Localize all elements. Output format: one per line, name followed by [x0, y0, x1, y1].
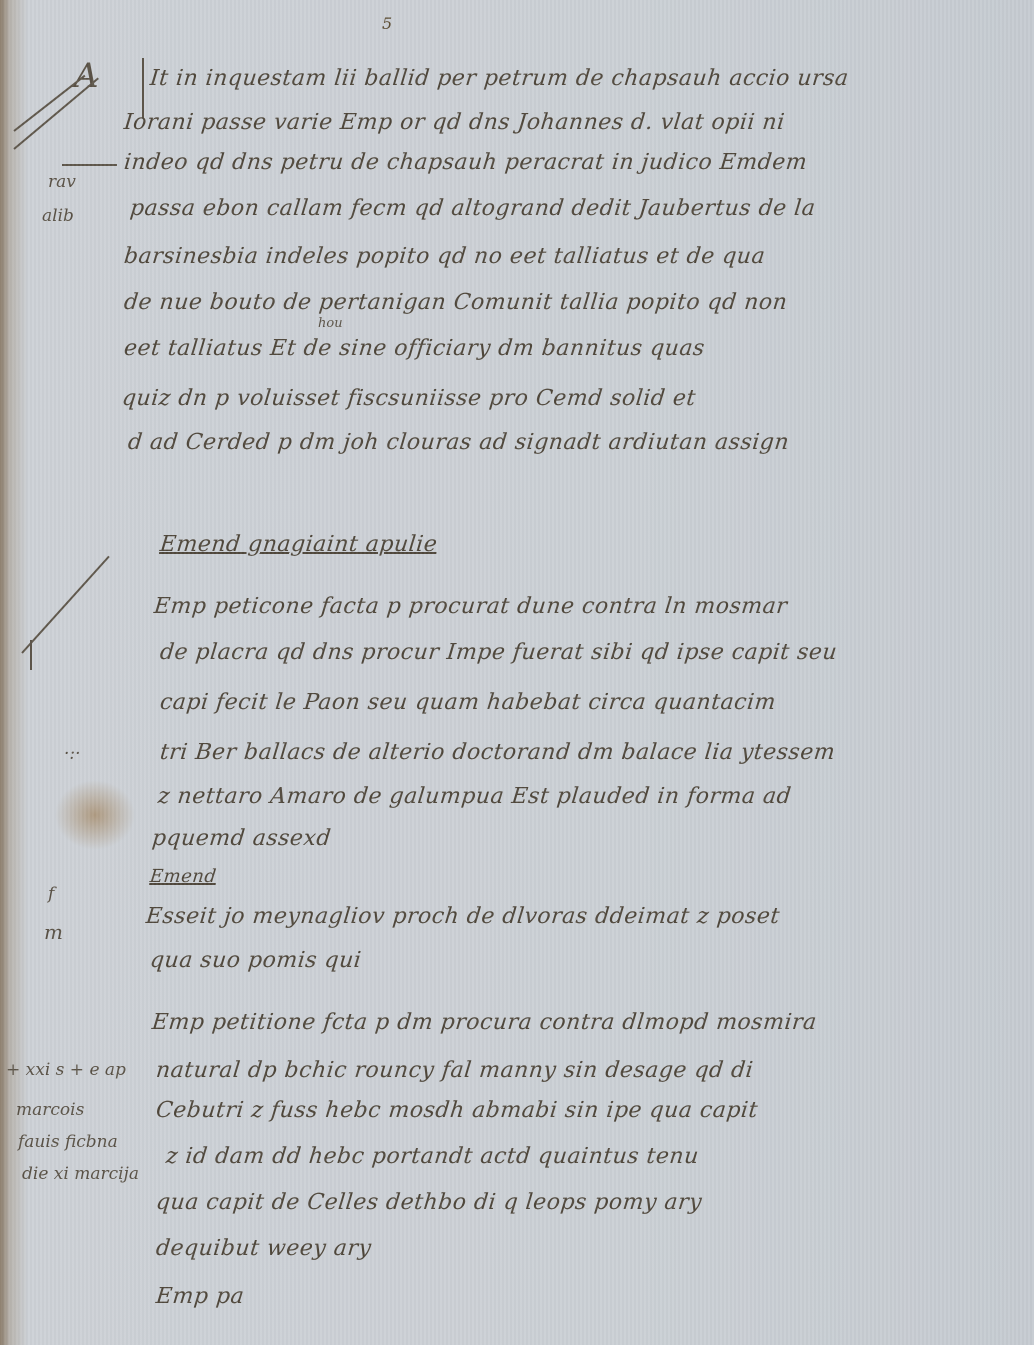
margin-note: ·:· [64, 744, 81, 764]
text-line: d ad Cerded p dm joh clouras ad signadt … [127, 430, 791, 455]
text-line: eet talliatus Et de sine officiary dm ba… [123, 336, 706, 361]
text-line: pquemd assexd [151, 826, 333, 851]
paragraph-bracket [142, 58, 144, 118]
text-line: z id dam dd hebc portandt actd quaintus … [165, 1144, 700, 1169]
margin-note: f [48, 884, 54, 904]
text-line: Esseit jo meynagliov proch de dlvoras dd… [145, 904, 781, 929]
pointer-stroke [13, 78, 99, 150]
text-line: Iorani passe varie Emp or qd dns Johanne… [123, 110, 786, 135]
text-line: Emp peticone facta p procurat dune contr… [153, 594, 789, 619]
text-line: Emp petitione fcta p dm procura contra d… [151, 1010, 818, 1035]
margin-note: fauis ficbna [18, 1132, 118, 1152]
margin-note: rav [48, 172, 76, 192]
text-line: z nettaro Amaro de galumpua Est plauded … [157, 784, 793, 809]
margin-bracket [30, 640, 32, 670]
margin-note: m [44, 920, 63, 944]
margin-note: + xxi s + e ap [6, 1060, 126, 1080]
text-line: de nue bouto de pertanigan Comunit talli… [123, 290, 789, 315]
text-line: barsinesbia indeles popito qd no eet tal… [123, 244, 767, 269]
text-line: Emp pa [155, 1284, 246, 1309]
manuscript-page: 5 A rav alib It in inquestam lii ballid … [0, 0, 1034, 1345]
margin-initial: A [74, 56, 99, 96]
text-line: natural dp bchic rouncy fal manny sin de… [155, 1058, 755, 1083]
margin-note: alib [42, 206, 74, 226]
text-line: qua suo pomis qui [149, 948, 363, 973]
text-line: passa ebon callam fecm qd altogrand dedi… [129, 196, 817, 221]
margin-note: die xi marcija [22, 1164, 139, 1184]
text-line: capi fecit le Paon seu quam habebat circ… [159, 690, 778, 715]
text-line: qua capit de Celles dethbo di q leops po… [155, 1190, 704, 1215]
text-line: tri Ber ballacs de alterio doctorand dm … [159, 740, 837, 765]
text-line: de placra qd dns procur Impe fuerat sibi… [159, 640, 839, 665]
interlinear-insertion: hou [318, 316, 343, 331]
text-line: indeo qd dns petru de chapsauh peracrat … [123, 150, 809, 175]
pointer-stroke [13, 75, 85, 132]
margin-rule [62, 164, 117, 166]
text-line: quiz dn p voluisset fiscsuniisse pro Cem… [121, 386, 697, 411]
text-line: Cebutri z fuss hebc mosdh abmabi sin ipe… [155, 1098, 759, 1123]
text-line: It in inquestam lii ballid per petrum de… [149, 66, 850, 91]
pointer-stroke [21, 556, 109, 654]
margin-note: marcois [16, 1100, 84, 1120]
folio-number: 5 [382, 14, 392, 33]
text-line: dequibut weey ary [155, 1236, 373, 1261]
section-heading: Emend [149, 866, 218, 887]
section-heading: Emend gnagiaint apulie [159, 532, 439, 557]
